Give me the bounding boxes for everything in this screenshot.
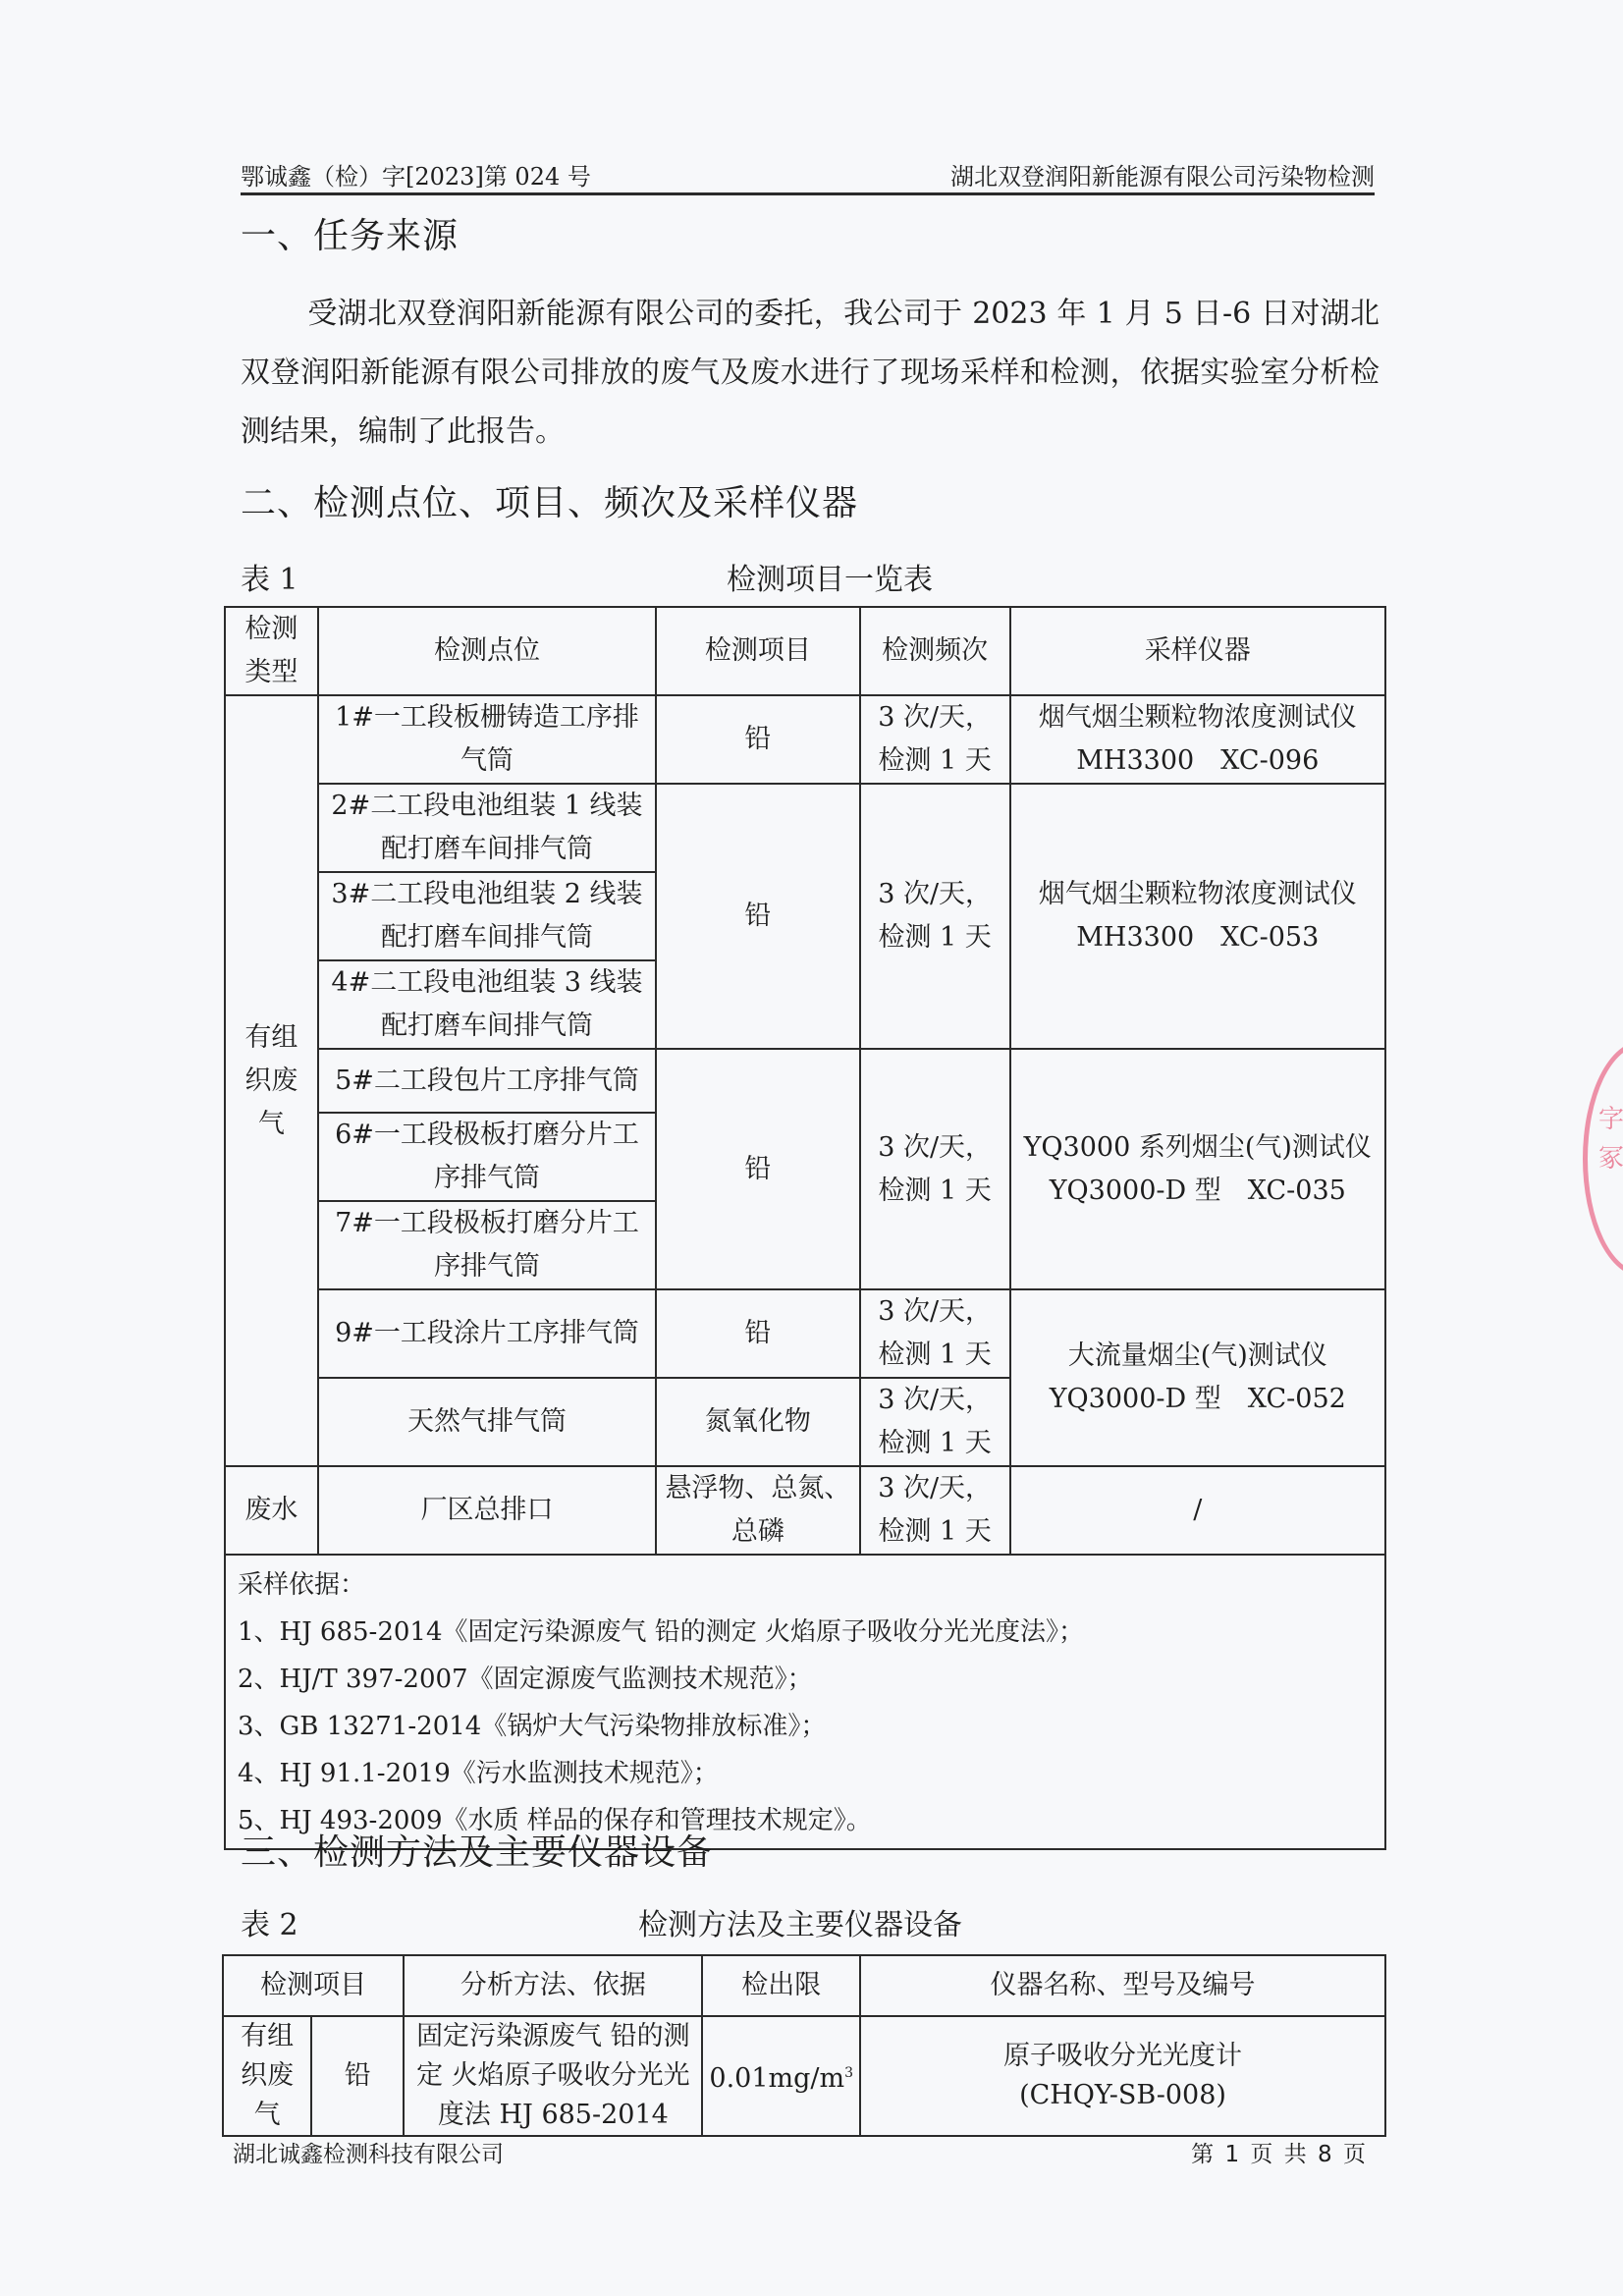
header-item: 检测项目 <box>223 1955 404 2016</box>
method-cell: 固定污染源废气 铅的测定 火焰原子吸收分光光度法 HJ 685-2014 <box>404 2016 702 2136</box>
table-2-label: 表 2 <box>241 1900 298 1943</box>
header-type: 检测类型 <box>225 607 318 695</box>
point-cell: 1#一工段板栅铸造工序排气筒 <box>318 695 656 784</box>
detection-items-table: 检测类型 检测点位 检测项目 检测频次 采样仪器 有组织废气 1#一工段板栅铸造… <box>224 606 1386 1850</box>
category-cell-gas: 有组织废气 <box>225 695 318 1466</box>
limit-cell: 0.01mg/m3 <box>702 2016 860 2136</box>
basis-item: 2、HJ/T 397-2007《固定源废气监测技术规范》； <box>238 1656 1373 1703</box>
point-cell: 3#二工段电池组装 2 线装配打磨车间排气筒 <box>318 872 656 960</box>
section-2-heading: 二、检测点位、项目、频次及采样仪器 <box>241 475 858 525</box>
methods-table: 检测项目 分析方法、依据 检出限 仪器名称、型号及编号 有组织废气 铅 固定污染… <box>222 1954 1386 2137</box>
instrument-cell: 原子吸收分光光度计(CHQY-SB-008) <box>860 2016 1385 2136</box>
frequency-cell: 3 次/天，检测 1 天 <box>860 1049 1010 1289</box>
instrument-cell: 烟气烟尘颗粒物浓度测试仪MH3300 XC-096 <box>1010 695 1385 784</box>
item-cell: 铅 <box>656 784 860 1049</box>
point-cell: 天然气排气筒 <box>318 1378 656 1466</box>
header-limit: 检出限 <box>702 1955 860 2016</box>
instrument-cell: 烟气烟尘颗粒物浓度测试仪MH3300 XC-053 <box>1010 784 1385 1049</box>
document-number: 鄂诚鑫（检）字[2023]第 024 号 <box>241 157 591 191</box>
table-row: 5#二工段包片工序排气筒 铅 3 次/天，检测 1 天 YQ3000 系列烟尘(… <box>225 1049 1385 1113</box>
section-1-heading: 一、任务来源 <box>241 208 459 258</box>
frequency-cell: 3 次/天，检测 1 天 <box>860 1289 1010 1378</box>
table-1-title: 检测项目一览表 <box>727 555 933 598</box>
point-cell: 9#一工段涂片工序排气筒 <box>318 1289 656 1378</box>
header-instrument: 采样仪器 <box>1010 607 1385 695</box>
point-cell: 7#一工段极板打磨分片工序排气筒 <box>318 1201 656 1289</box>
table-row: 有组织废气 1#一工段板栅铸造工序排气筒 铅 3 次/天，检测 1 天 烟气烟尘… <box>225 695 1385 784</box>
report-title: 湖北双登润阳新能源有限公司污染物检测 <box>950 157 1375 191</box>
frequency-cell: 3 次/天，检测 1 天 <box>860 1378 1010 1466</box>
point-cell: 4#二工段电池组装 3 线装配打磨车间排气筒 <box>318 960 656 1049</box>
instrument-cell: 大流量烟尘(气)测试仪YQ3000-D 型 XC-052 <box>1010 1289 1385 1466</box>
header-point: 检测点位 <box>318 607 656 695</box>
item-cell: 铅 <box>656 1289 860 1378</box>
frequency-cell: 3 次/天，检测 1 天 <box>860 1466 1010 1555</box>
header-instrument: 仪器名称、型号及编号 <box>860 1955 1385 2016</box>
table-row: 9#一工段涂片工序排气筒 铅 3 次/天，检测 1 天 大流量烟尘(气)测试仪Y… <box>225 1289 1385 1378</box>
table-row: 2#二工段电池组装 1 线装配打磨车间排气筒 铅 3 次/天，检测 1 天 烟气… <box>225 784 1385 872</box>
category-cell-water: 废水 <box>225 1466 318 1555</box>
page-number: 第 1 页 共 8 页 <box>1191 2136 1368 2168</box>
sampling-basis-cell: 采样依据： 1、HJ 685-2014《固定污染源废气 铅的测定 火焰原子吸收分… <box>225 1555 1385 1849</box>
section-1-paragraph: 受湖北双登润阳新能源有限公司的委托，我公司于 2023 年 1 月 5 日-6 … <box>241 285 1380 462</box>
point-cell: 6#一工段极板打磨分片工序排气筒 <box>318 1113 656 1201</box>
frequency-cell: 3 次/天，检测 1 天 <box>860 784 1010 1049</box>
instrument-cell: YQ3000 系列烟尘(气)测试仪YQ3000-D 型 XC-035 <box>1010 1049 1385 1289</box>
table-header-row: 检测项目 分析方法、依据 检出限 仪器名称、型号及编号 <box>223 1955 1385 2016</box>
footer-company: 湖北诚鑫检测科技有限公司 <box>233 2136 504 2168</box>
section-3-heading: 三、检测方法及主要仪器设备 <box>241 1825 713 1875</box>
point-cell: 5#二工段包片工序排气筒 <box>318 1049 656 1113</box>
category-cell: 有组织废气 <box>223 2016 311 2136</box>
header-item: 检测项目 <box>656 607 860 695</box>
header-frequency: 检测频次 <box>860 607 1010 695</box>
table-header-row: 检测类型 检测点位 检测项目 检测频次 采样仪器 <box>225 607 1385 695</box>
sampling-basis-row: 采样依据： 1、HJ 685-2014《固定污染源废气 铅的测定 火焰原子吸收分… <box>225 1555 1385 1849</box>
table-1-label: 表 1 <box>241 555 298 598</box>
frequency-cell: 3 次/天，检测 1 天 <box>860 695 1010 784</box>
item-cell: 悬浮物、总氮、总磷 <box>656 1466 860 1555</box>
seal-stamp-text: 字 冢 <box>1598 1100 1623 1178</box>
basis-item: 4、HJ 91.1-2019《污水监测技术规范》； <box>238 1750 1373 1797</box>
instrument-cell: / <box>1010 1466 1385 1555</box>
basis-item: 3、GB 13271-2014《锅炉大气污染物排放标准》； <box>238 1703 1373 1750</box>
table-row: 有组织废气 铅 固定污染源废气 铅的测定 火焰原子吸收分光光度法 HJ 685-… <box>223 2016 1385 2136</box>
point-cell: 2#二工段电池组装 1 线装配打磨车间排气筒 <box>318 784 656 872</box>
header-divider <box>241 192 1375 195</box>
point-cell: 厂区总排口 <box>318 1466 656 1555</box>
item-cell: 铅 <box>311 2016 404 2136</box>
basis-item: 1、HJ 685-2014《固定污染源废气 铅的测定 火焰原子吸收分光光度法》； <box>238 1609 1373 1656</box>
sampling-basis-title: 采样依据： <box>238 1561 1373 1609</box>
item-cell: 铅 <box>656 695 860 784</box>
item-cell: 氮氧化物 <box>656 1378 860 1466</box>
table-2-title: 检测方法及主要仪器设备 <box>638 1900 962 1943</box>
header-method: 分析方法、依据 <box>404 1955 702 2016</box>
table-row: 废水 厂区总排口 悬浮物、总氮、总磷 3 次/天，检测 1 天 / <box>225 1466 1385 1555</box>
item-cell: 铅 <box>656 1049 860 1289</box>
